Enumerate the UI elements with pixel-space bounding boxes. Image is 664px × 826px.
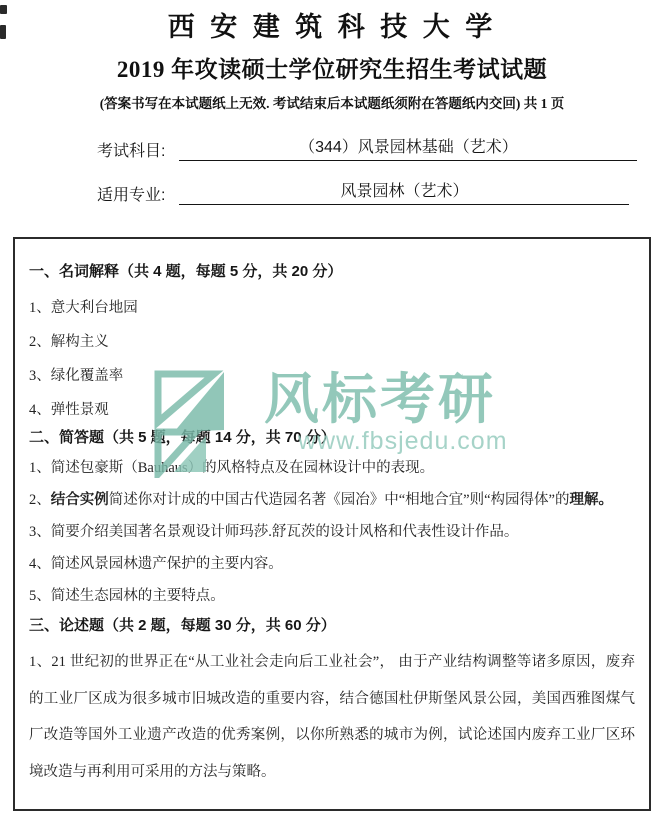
- subject-label: 考试科目:: [97, 138, 165, 161]
- exam-fields: 考试科目:（344）风景园林基础（艺术） 适用专业:风景园林（艺术）: [97, 134, 637, 222]
- question-item: 3、简要介绍美国著名景观设计师玛莎.舒瓦茨的设计风格和代表性设计作品。: [29, 522, 635, 543]
- exam-paper: 西 安 建 筑 科 技 大 学 2019 年攻读硕士学位研究生招生考试试题 (答…: [0, 0, 664, 826]
- major-label: 适用专业:: [97, 182, 165, 205]
- essay-question: 1、21 世纪初的世界正在“从工业社会走向后工业社会”， 由于产业结构调整等诸多…: [29, 644, 635, 790]
- section-2-heading: 二、简答题（共 5 题，每题 14 分，共 70 分）: [29, 427, 635, 448]
- major-row: 适用专业:风景园林（艺术）: [97, 178, 637, 203]
- question-number: 2、: [29, 492, 51, 508]
- question-item: 4、简述风景园林遗产保护的主要内容。: [29, 554, 635, 575]
- exam-title: 2019 年攻读硕士学位研究生招生考试试题: [0, 51, 664, 84]
- question-item: 4、弹性景观: [29, 400, 635, 421]
- exam-note: (答案书写在本试题纸上无效. 考试结束后本试题纸须附在答题纸内交回) 共 1 页: [0, 92, 664, 112]
- question-item: 3、绿化覆盖率: [29, 366, 635, 387]
- question-box: 一、名词解释（共 4 题，每题 5 分，共 20 分） 1、意大利台地园 2、解…: [13, 237, 651, 811]
- question-text: 简述你对计成的中国古代造园名著《园冶》中“相地合宜”则“构园得体”的: [109, 492, 570, 508]
- section-2-items: 1、简述包豪斯（Bauhaus）的风格特点及在园林设计中的表现。 2、结合实例简…: [29, 458, 635, 607]
- question-emphasis: 结合实例: [51, 492, 109, 508]
- question-item: 1、意大利台地园: [29, 298, 635, 319]
- subject-row: 考试科目:（344）风景园林基础（艺术）: [97, 134, 637, 159]
- question-item: 2、解构主义: [29, 332, 635, 353]
- question-item: 5、简述生态园林的主要特点。: [29, 586, 635, 607]
- section-1-heading: 一、名词解释（共 4 题，每题 5 分，共 20 分）: [29, 261, 635, 282]
- question-item: 2、结合实例简述你对计成的中国古代造园名著《园冶》中“相地合宜”则“构园得体”的…: [29, 490, 635, 511]
- subject-value: （344）风景园林基础（艺术）: [179, 134, 637, 161]
- section-3-heading: 三、论述题（共 2 题，每题 30 分，共 60 分）: [29, 615, 635, 636]
- university-name: 西 安 建 筑 科 技 大 学: [0, 5, 664, 44]
- question-item: 1、简述包豪斯（Bauhaus）的风格特点及在园林设计中的表现。: [29, 458, 635, 479]
- question-emphasis: 理解。: [570, 492, 614, 508]
- major-value: 风景园林（艺术）: [179, 178, 629, 205]
